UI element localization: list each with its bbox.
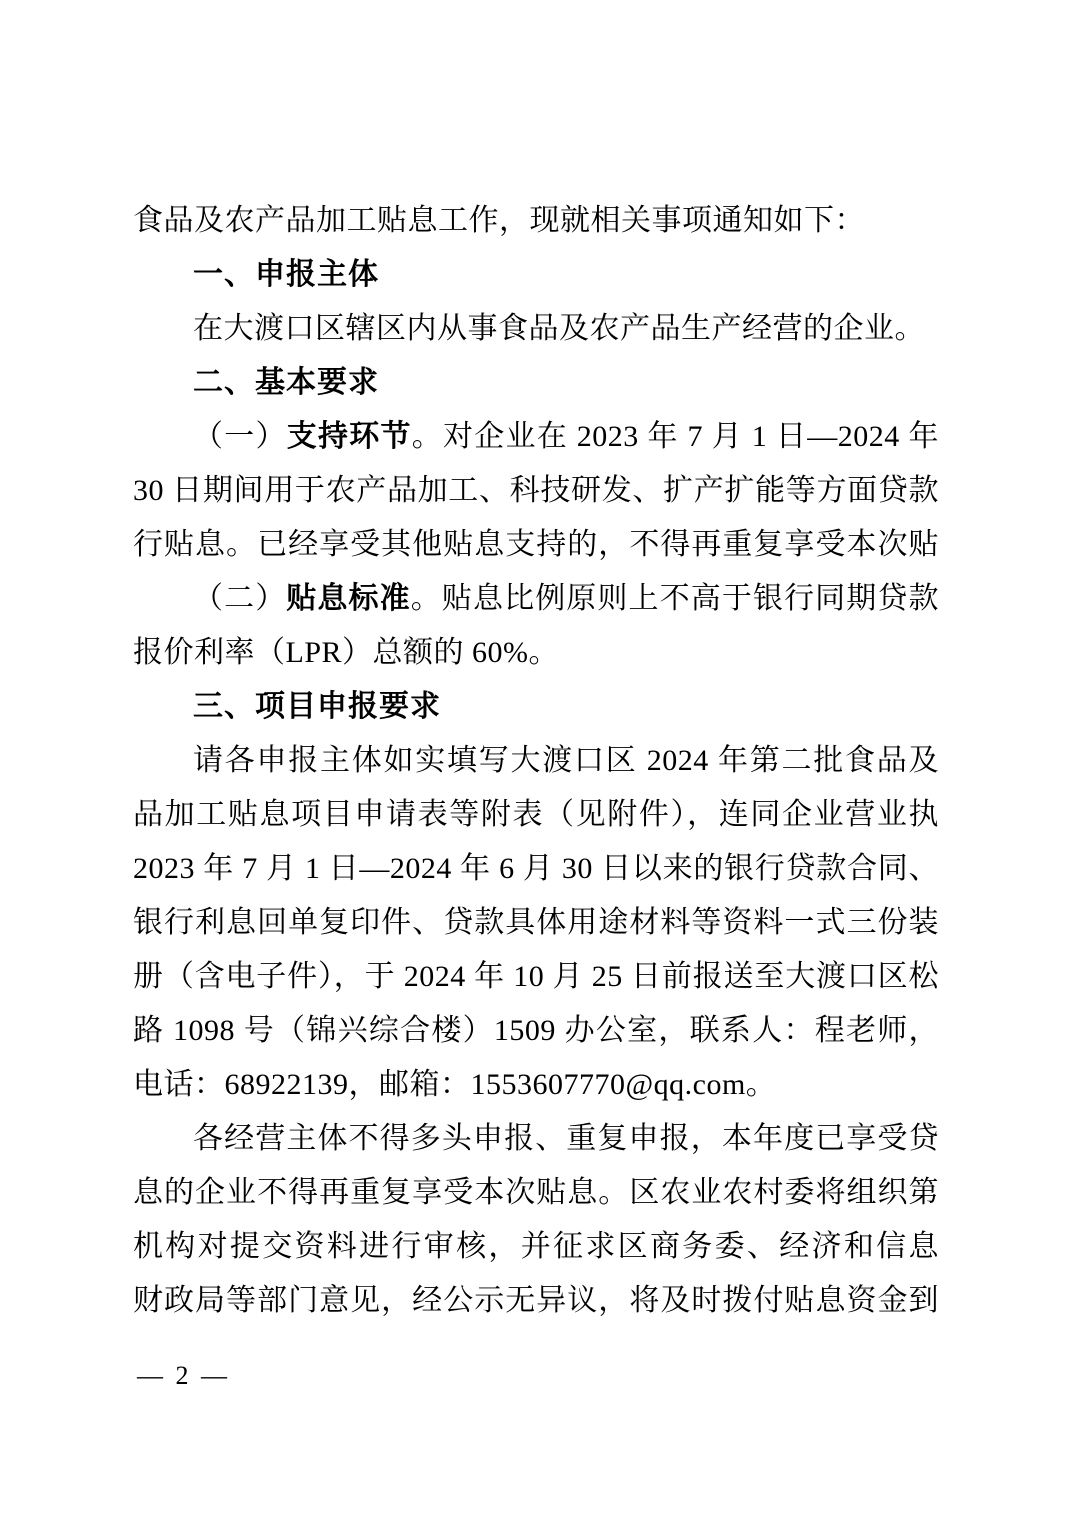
section-3-contact-line: 电话：68922139，邮箱：1553607770@qq.com。 <box>133 1058 939 1112</box>
section-3-body-line: 息的企业不得再重复享受本次贴息。区农业农村委将组织第三方 <box>133 1166 939 1220</box>
paragraph-continuation-line: 食品及农产品加工贴息工作，现就相关事项通知如下： <box>133 194 939 248</box>
clause-2-number: （二） <box>193 582 286 615</box>
clause-2-line: 报价利率（LPR）总额的 60%。 <box>133 626 939 680</box>
clause-1-line: （一）支持环节。对企业在 2023 年 7 月 1 日—2024 年 6 月 <box>133 410 939 464</box>
section-3-body-line: 银行利息回单复印件、贷款具体用途材料等资料一式三份装订成 <box>133 896 939 950</box>
section-1-body-line: 在大渡口区辖区内从事食品及农产品生产经营的企业。 <box>133 302 939 356</box>
section-1-heading: 一、申报主体 <box>133 248 939 302</box>
section-3-heading: 三、项目申报要求 <box>133 680 939 734</box>
section-3-body-line: 册（含电子件），于 2024 年 10 月 25 日前报送至大渡口区松青 <box>133 950 939 1004</box>
clause-2-line: （二）贴息标准。贴息比例原则上不高于银行同期贷款市场 <box>133 572 939 626</box>
clause-2-title: 贴息标准 <box>286 582 410 615</box>
section-3-body-line: 路 1098 号（锦兴综合楼）1509 办公室，联系人：程老师，联系 <box>133 1004 939 1058</box>
section-3-body-line: 机构对提交资料进行审核，并征求区商务委、经济和信息委、区 <box>133 1220 939 1274</box>
section-3-body-line: 请各申报主体如实填写大渡口区 2024 年第二批食品及农产 <box>133 734 939 788</box>
document-page: 食品及农产品加工贴息工作，现就相关事项通知如下： 一、申报主体 在大渡口区辖区内… <box>0 0 1074 1520</box>
section-3-body-line: 品加工贴息项目申请表等附表（见附件），连同企业营业执照、 <box>133 788 939 842</box>
document-body: 食品及农产品加工贴息工作，现就相关事项通知如下： 一、申报主体 在大渡口区辖区内… <box>133 194 939 1328</box>
clause-1-line: 30 日期间用于农产品加工、科技研发、扩产扩能等方面贷款进 <box>133 464 939 518</box>
clause-1-line: 行贴息。已经享受其他贴息支持的，不得再重复享受本次贴息。 <box>133 518 939 572</box>
clause-1-number: （一） <box>193 420 287 453</box>
section-3-body-line: 财政局等部门意见，经公示无异议，将及时拨付贴息资金到各申 <box>133 1274 939 1328</box>
section-2-heading: 二、基本要求 <box>133 356 939 410</box>
page-number: — 2 — <box>137 1360 230 1392</box>
section-3-body-line: 各经营主体不得多头申报、重复申报，本年度已享受贷款贴 <box>133 1112 939 1166</box>
clause-1-title: 支持环节 <box>287 420 412 453</box>
section-3-body-line: 2023 年 7 月 1 日—2024 年 6 月 30 日以来的银行贷款合同、… <box>133 842 939 896</box>
